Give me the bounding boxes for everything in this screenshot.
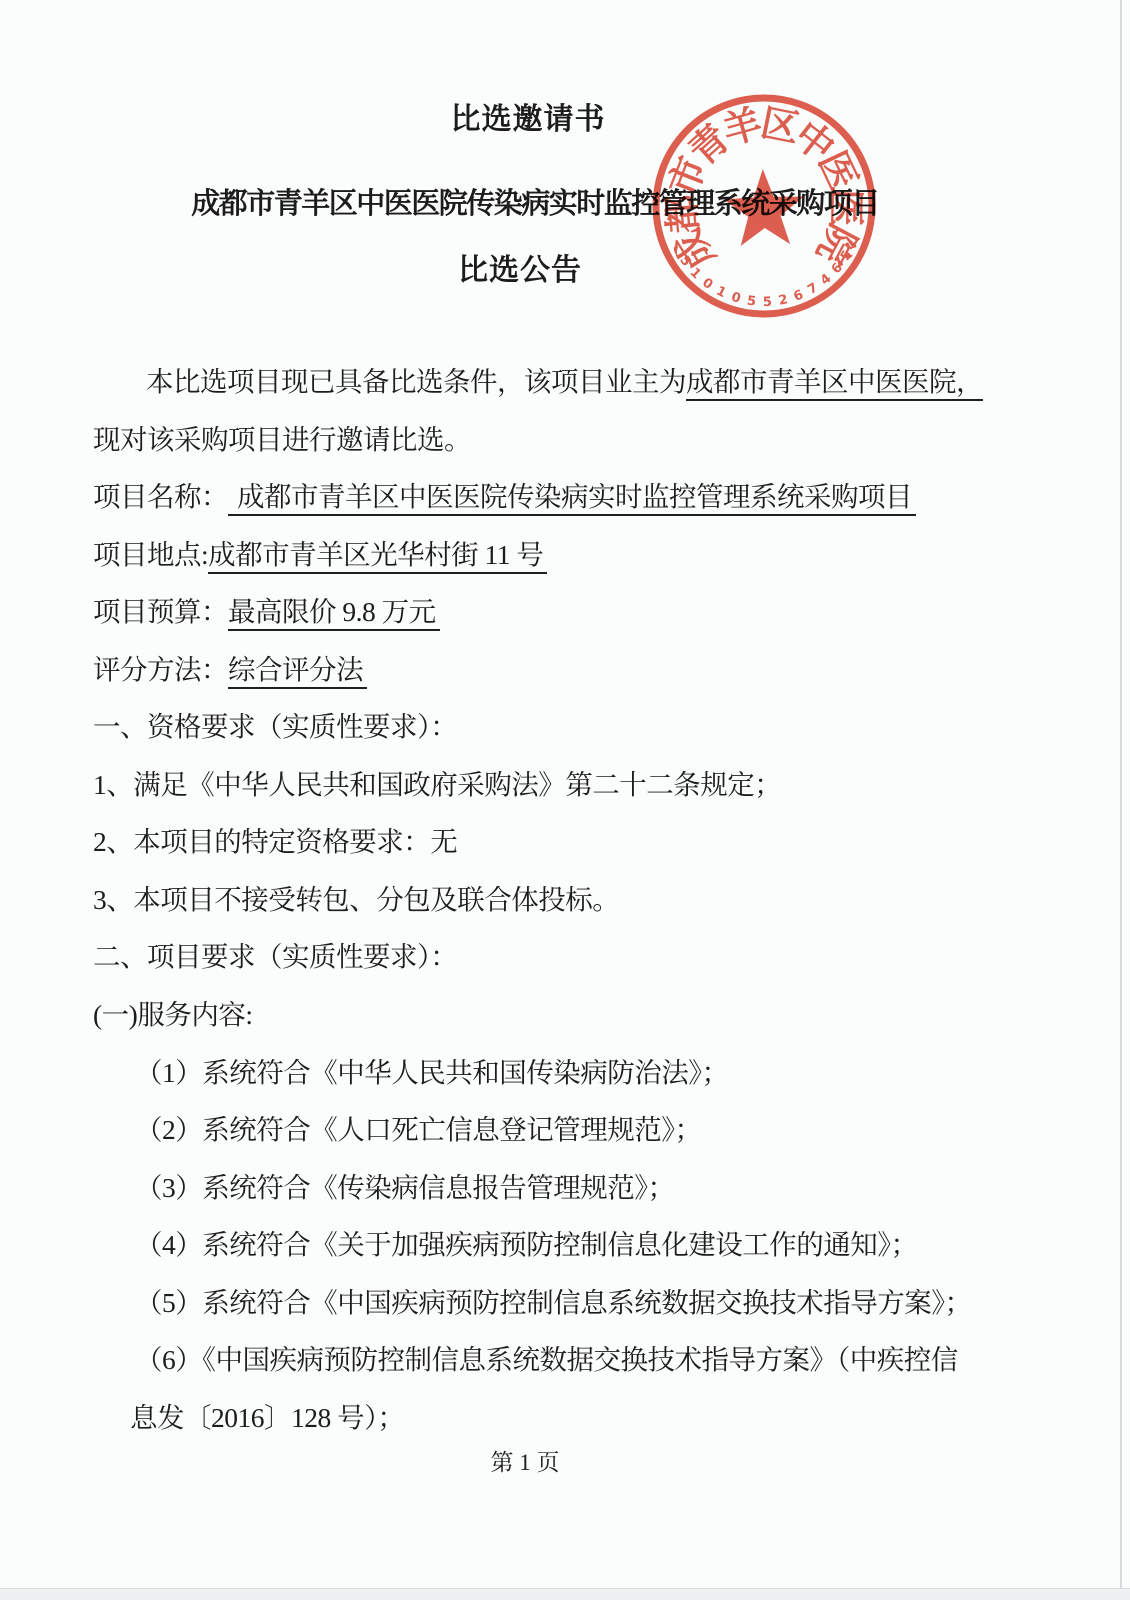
field-label: 项目地点: [93,539,208,570]
section-1-heading: 一、资格要求（实质性要求）： [93,698,1053,756]
project-title: 成都市青羊区中医医院传染病实时监控管理系统采购项目 [0,184,1100,224]
scan-artifact-band [0,1588,1130,1600]
field-project-budget: 项目预算：最高限价 9.8 万元 [93,583,1053,641]
service-content-heading: (一)服务内容: [93,986,1053,1044]
field-value: 最高限价 9.8 万元 [228,596,440,631]
field-scoring-method: 评分方法：综合评分法 [93,641,1053,699]
service-item-6: （6）《中国疾病预防控制信息系统数据交换技术指导方案》（中疾控信 [93,1331,1053,1389]
scan-artifact-line [1120,0,1122,1600]
page-number: 第 1 页 [0,1443,1090,1483]
field-value: 综合评分法 [228,654,367,689]
service-item-6-wrap: 息发〔2016〕128 号）； [93,1389,1053,1447]
field-value: 成都市青羊区光华村街 11 号 [208,539,547,574]
requirement-item-3: 3、本项目不接受转包、分包及联合体投标。 [93,871,1053,929]
service-item-1: （1）系统符合《中华人民共和国传染病防治法》； [93,1044,1053,1102]
field-label: 项目预算： [93,596,228,627]
seal-code-digit: 5 [746,294,757,310]
field-label: 评分方法： [93,654,228,685]
service-item-5: （5）系统符合《中国疾病预防控制信息系统数据交换技术指导方案》； [93,1274,1053,1332]
notice-title: 比选公告 [0,251,1085,291]
service-item-4: （4）系统符合《关于加强疾病预防控制信息化建设工作的通知》； [93,1216,1053,1274]
service-item-3: （3）系统符合《传染病信息报告管理规范》； [93,1159,1053,1217]
field-value: 成都市青羊区中医医院传染病实时监控管理系统采购项目 [228,481,916,516]
requirement-item-2: 2、本项目的特定资格要求：无 [93,813,1053,871]
field-project-name: 项目名称：成都市青羊区中医医院传染病实时监控管理系统采购项目 [93,468,1053,526]
owner-underlined: 成都市青羊区中医医院， [686,366,983,401]
intro-line-1: 本比选项目现已具备比选条件，该项目业主为成都市青羊区中医医院， [93,353,1053,411]
document-title: 比选邀请书 [0,100,1093,140]
seal-code-digit: 5 [763,295,773,310]
seal-code-digit: 2 [777,292,789,309]
field-project-location: 项目地点:成都市青羊区光华村街 11 号 [93,526,1053,584]
field-label: 项目名称： [93,481,228,512]
service-item-2: （2）系统符合《人口死亡信息登记管理规范》； [93,1101,1053,1159]
scanned-document-page: 比选邀请书 成都市青羊区中医医院传染病实时监控管理系统采购项目 比选公告 本比选… [0,0,1130,1600]
intro-lead: 本比选项目现已具备比选条件，该项目业主为 [146,366,686,397]
intro-line-2: 现对该采购项目进行邀请比选。 [93,411,1053,469]
requirement-item-1: 1、满足《中华人民共和国政府采购法》第二十二条规定； [93,756,1053,814]
section-2-heading: 二、项目要求（实质性要求）： [93,928,1053,986]
document-body: 本比选项目现已具备比选条件，该项目业主为成都市青羊区中医医院， 现对该采购项目进… [93,353,1053,1446]
seal-code-digit: 0 [729,290,742,307]
